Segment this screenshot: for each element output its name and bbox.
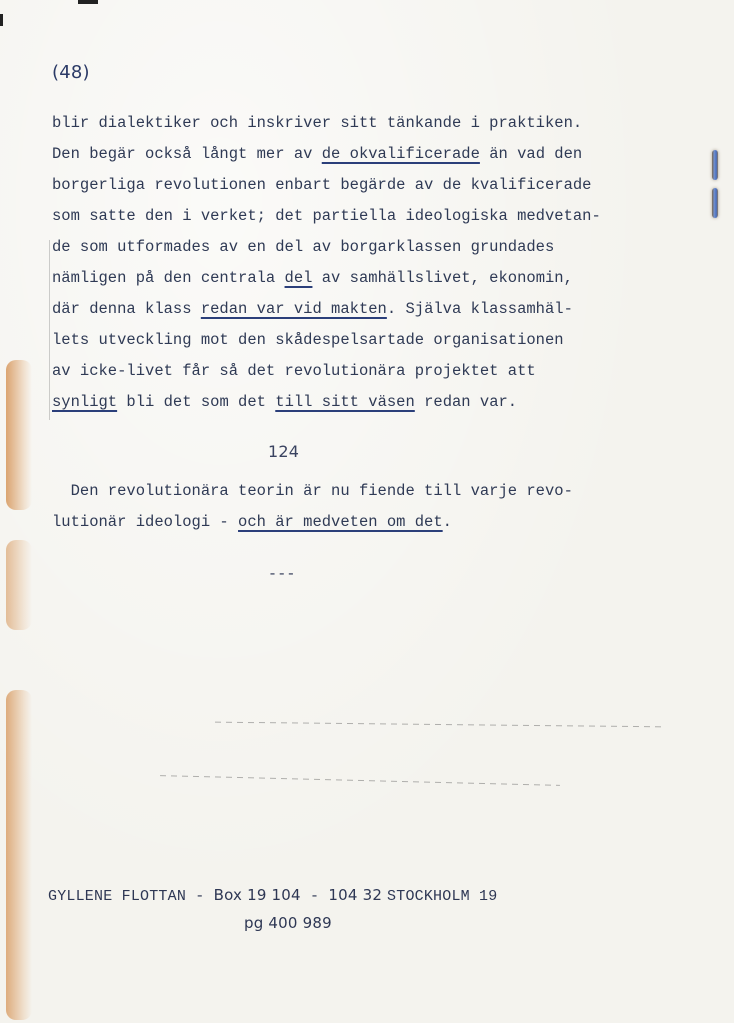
underlined-phrase: och är medveten om det bbox=[238, 513, 443, 531]
underlined-phrase: redan var vid makten bbox=[201, 300, 387, 318]
faint-ruled-line bbox=[215, 722, 665, 728]
text-segment: . bbox=[443, 513, 452, 531]
publisher-address: GYLLENE FLOTTAN - Box 19 104 - 104 32 ST… bbox=[48, 886, 497, 905]
address-box: Box 19 104 bbox=[214, 886, 301, 904]
text-segment: av samhällslivet, ekonomin, bbox=[312, 269, 572, 287]
paragraph-1: blir dialektiker och inskriver sitt tänk… bbox=[52, 108, 601, 418]
dash: - bbox=[301, 888, 329, 905]
separator: --- bbox=[268, 566, 296, 583]
text-segment: Den begär också långt mer av bbox=[52, 145, 322, 163]
text-line: de som utformades av en del av borgarkla… bbox=[52, 232, 601, 263]
paragraph-2: Den revolutionära teorin är nu fiende ti… bbox=[52, 476, 573, 538]
section-number: 124 bbox=[268, 442, 299, 461]
text-segment: . Själva klassamhäl- bbox=[387, 300, 573, 318]
text-segment: borgerliga revolutionen enbart begärde a… bbox=[52, 176, 592, 194]
text-line: som satte den i verket; det partiella id… bbox=[52, 201, 601, 232]
text-line: nämligen på den centrala del av samhälls… bbox=[52, 263, 601, 294]
text-segment: nämligen på den centrala bbox=[52, 269, 285, 287]
text-line: synligt bli det som det till sitt väsen … bbox=[52, 387, 601, 418]
margin-fold-line bbox=[49, 240, 50, 420]
text-line: Den begär också långt mer av de okvalifi… bbox=[52, 139, 601, 170]
scan-mark bbox=[78, 0, 98, 4]
paper-stain bbox=[6, 690, 32, 1020]
text-line: där denna klass redan var vid makten. Sj… bbox=[52, 294, 601, 325]
text-segment: Den revolutionära teorin är nu fiende ti… bbox=[52, 482, 573, 500]
typewritten-page: (48) blir dialektiker och inskriver sitt… bbox=[0, 0, 734, 1023]
page-marker: (48) bbox=[52, 62, 90, 83]
underlined-phrase: de okvalificerade bbox=[322, 145, 480, 163]
text-segment: lets utveckling mot den skådespelsartade… bbox=[52, 331, 564, 349]
postal-code: 104 32 bbox=[328, 886, 387, 904]
text-segment: av icke-livet får så det revolutionära p… bbox=[52, 362, 536, 380]
staple-icon bbox=[712, 188, 718, 218]
publisher-name: GYLLENE FLOTTAN bbox=[48, 888, 186, 905]
text-segment: som satte den i verket; det partiella id… bbox=[52, 207, 601, 225]
paper-stain bbox=[6, 540, 32, 630]
text-segment: bli det som det bbox=[117, 393, 275, 411]
text-segment: de som utformades av en del av borgarkla… bbox=[52, 238, 554, 256]
text-segment: lutionär ideologi - bbox=[52, 513, 238, 531]
scan-mark bbox=[0, 14, 3, 26]
underlined-phrase: synligt bbox=[52, 393, 117, 411]
text-line: Den revolutionära teorin är nu fiende ti… bbox=[52, 476, 573, 507]
text-segment: än vad den bbox=[480, 145, 582, 163]
text-line: lutionär ideologi - och är medveten om d… bbox=[52, 507, 573, 538]
postgiro-number: pg 400 989 bbox=[244, 914, 332, 932]
paper-stain bbox=[6, 360, 32, 510]
text-line: borgerliga revolutionen enbart begärde a… bbox=[52, 170, 601, 201]
text-line: blir dialektiker och inskriver sitt tänk… bbox=[52, 108, 601, 139]
address-city: STOCKHOLM 19 bbox=[387, 888, 497, 905]
text-line: lets utveckling mot den skådespelsartade… bbox=[52, 325, 601, 356]
text-segment: där denna klass bbox=[52, 300, 201, 318]
text-line: av icke-livet får så det revolutionära p… bbox=[52, 356, 601, 387]
dash: - bbox=[186, 888, 214, 905]
text-segment: redan var. bbox=[415, 393, 517, 411]
staple-icon bbox=[712, 150, 718, 180]
underlined-phrase: till sitt väsen bbox=[275, 393, 415, 411]
underlined-phrase: del bbox=[285, 269, 313, 287]
faint-ruled-line bbox=[160, 775, 560, 786]
text-segment: blir dialektiker och inskriver sitt tänk… bbox=[52, 114, 582, 132]
